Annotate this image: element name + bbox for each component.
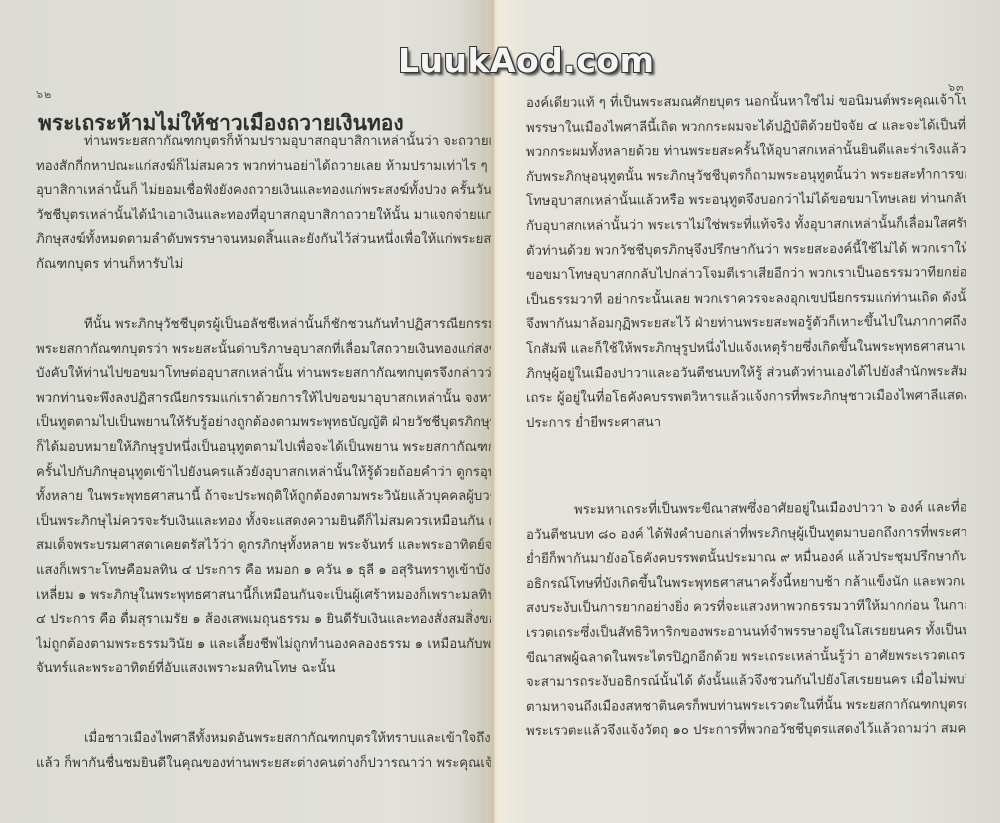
text-line: อธิกรณ์โทษที่บังเกิดขึ้นในพระพุทธศาสนาคร… xyxy=(526,570,966,597)
text-line: ตามหาจนถึงเมืองสหชาตินครก็พบท่านพระเรวตะ… xyxy=(526,693,966,720)
text-line: เมื่อชาวเมืองไพศาลีทั้งหมดอันพระยสกากัณฑ… xyxy=(36,727,491,752)
text-line: เถระ ผู้อยู่ในที่อโธคังคบรรพตวิหารแล้วแจ… xyxy=(526,384,966,411)
text-line: พระเรวตะแล้วจึงแจ้งวัตถุ ๑๐ ประการที่พวก… xyxy=(526,718,966,745)
text-line: เป็นทูตตามไปเป็นพยานให้รับรู้อย่างถูกต้อ… xyxy=(36,411,491,436)
text-line: ขอขมาโทษอุบาสกกลับไปกล่าวโจมตีเราเสียอีก… xyxy=(526,261,966,288)
text-line: กัณฑกบุตร ท่านก็หารับไม่ xyxy=(36,253,491,278)
text-line: ภิกษุสงฆ์ทั้งหมดตามลำดับพรรษาจนหมดสิ้นแล… xyxy=(36,228,491,253)
text-line: องค์เดียวแท้ ๆ ที่เป็นพระสมณศักยบุตร นอก… xyxy=(526,89,966,116)
paragraph: พระมหาเถระที่เป็นพระขีณาสพซึ่งอาศัยอยู่ใ… xyxy=(526,499,966,745)
text-line: จึงพากันมาล้อมกุฏิพระยสะไว้ ฝ่ายท่านพระย… xyxy=(526,311,966,338)
paragraph: ท่านพระยสกากัณฑกบุตรก็ห้ามปรามอุบาสกอุบา… xyxy=(36,130,491,278)
text-line: โกสัมพี และก็ใช้ให้พระภิกษุรูปหนึ่งไปแจ้… xyxy=(526,335,966,362)
right-page: ๖๓ องค์เดียวแท้ ๆ ที่เป็นพระสมณศักยบุตร … xyxy=(500,0,1000,823)
text-line: ไม่ถูกต้องตามพระธรรมวินัย ๑ และเลี้ยงชีพ… xyxy=(36,633,491,658)
text-line: แล้ว ก็พากันชื่นชมยินดีในคุณของท่านพระยส… xyxy=(36,752,491,777)
text-line: พวกท่านจะพึงลงปฏิสารณียกรรมแก่เราด้วยการ… xyxy=(36,387,491,412)
text-line: โทษอุบาสกเหล่านั้นแล้วหรือ พระอนุทูตจึงบ… xyxy=(526,188,966,215)
text-line: เป็นธรรมวาที อย่ากระนั้นเลย พวกเราควรจะล… xyxy=(526,286,966,313)
text-line: ขีณาสพผู้ฉลาดในพระไตรปิฎกอีกด้วย พระเถระ… xyxy=(526,644,966,671)
paragraph: ทีนั้น พระภิกษุวัชชีบุตรผู้เป็นอลัชชีเหล… xyxy=(36,313,491,682)
text-line: เรวตเถระซึ่งเป็นสัทธิวิหาริกของพระอานนท์… xyxy=(526,619,966,646)
paragraph: องค์เดียวแท้ ๆ ที่เป็นพระสมณศักยบุตร นอก… xyxy=(526,92,966,436)
text-line: บังคับให้ท่านไปขอขมาโทษต่ออุบาสกเหล่านั้… xyxy=(36,362,491,387)
text-line: พรรษาในเมืองไพศาลีนี้เถิด พวกกระผมจะได้ป… xyxy=(526,114,966,141)
text-line: เหลี่ยม ๑ พระภิกษุในพระพุทธศาสนานี้ก็เหม… xyxy=(36,584,491,609)
book-spread: ๖๒ พระเถระห้ามไม่ให้ชาวเมืองถวายเงินทอง … xyxy=(0,0,1000,823)
text-line: อุบาสิกาเหล่านั้นก็ ไม่ยอมเชื่อฟังยังคงถ… xyxy=(36,179,491,204)
text-line: สมเด็จพระบรมศาสดาเคยตรัสไว้ว่า ดูกรภิกษุ… xyxy=(36,534,491,559)
page-number: ๖๒ xyxy=(36,85,52,103)
text-line: พระมหาเถระที่เป็นพระขีณาสพซึ่งอาศัยอยู่ใ… xyxy=(526,496,966,523)
text-line: พระยสกากัณฑกบุตรว่า พระยสะนั้นด่าบริภาษอ… xyxy=(36,338,491,363)
text-line: ทองสักกี่กหาปณะแก่สงฆ์ก็ไม่สมควร พวกท่าน… xyxy=(36,155,491,180)
text-line: พวกกระผมทั้งหลายด้วย ท่านพระยสะครั้นให้อ… xyxy=(526,138,966,165)
text-line: ทั้งหลาย ในพระพุทธศาสนานี้ ถ้าจะประพฤติใ… xyxy=(36,485,491,510)
text-line: ท่านพระยสกากัณฑกบุตรก็ห้ามปรามอุบาสกอุบา… xyxy=(36,130,491,155)
left-page: ๖๒ พระเถระห้ามไม่ให้ชาวเมืองถวายเงินทอง … xyxy=(0,0,490,823)
watermark-logo: LuukAod.com xyxy=(398,41,654,80)
text-line: แสงก็เพราะโทษคือมลทิน ๔ ประการ คือ หมอก … xyxy=(36,559,491,584)
text-line: จันทร์และพระอาทิตย์ที่อับแสงเพราะมลทินโท… xyxy=(36,657,491,682)
paragraph: เมื่อชาวเมืองไพศาลีทั้งหมดอันพระยสกากัณฑ… xyxy=(36,727,491,776)
text-line: ตัวท่านด้วย พวกวัชชีบุตรภิกษุจึงปรึกษากั… xyxy=(526,237,966,264)
text-line: ภิกษุผู้อยู่ในเมืองปาวาและอวันตีชนบทให้ร… xyxy=(526,360,966,387)
text-line: วัชชีบุตรเหล่านั้นได้นำเอาเงินและทองที่อ… xyxy=(36,204,491,229)
text-line: ๔ ประการ คือ ดื่มสุราเมรัย ๑ ส้องเสพเมถุ… xyxy=(36,608,491,633)
text-line: ย่ำยีก็พากันมายังอโธคังคบรรพตนั้นประมาณ … xyxy=(526,545,966,572)
text-line: กับพระภิกษุอนุทูตนั้น พระภิกษุวัชชีบุตรก… xyxy=(526,163,966,190)
text-line: จะสามารถระงับอธิกรณ์นั้นได้ ดังนั้นแล้วจ… xyxy=(526,668,966,695)
text-line: ก็ได้มอบหมายให้ภิกษุรูปหนึ่งเป็นอนุทูตตา… xyxy=(36,436,491,461)
text-line: กับอุบาสกเหล่านั้นว่า พระเราไม่ใช่พระที่… xyxy=(526,212,966,239)
text-line: ทีนั้น พระภิกษุวัชชีบุตรผู้เป็นอลัชชีเหล… xyxy=(36,313,491,338)
text-line: อวันตีชนบท ๘๐ องค์ ได้ฟังคำบอกเล่าที่พระ… xyxy=(526,521,966,548)
text-line: สงบระงับเป็นการยากอย่างยิ่ง ควรที่จะแสวง… xyxy=(526,595,966,622)
text-line: ประการ ย่ำยีพระศาสนา xyxy=(526,409,966,436)
text-line: ครั้นไปกับภิกษุอนุทูตเข้าไปยังนครแล้วยัง… xyxy=(36,461,491,486)
text-line: เป็นพระภิกษุไม่ควรจะรับเงินและทอง ทั้งจะ… xyxy=(36,510,491,535)
